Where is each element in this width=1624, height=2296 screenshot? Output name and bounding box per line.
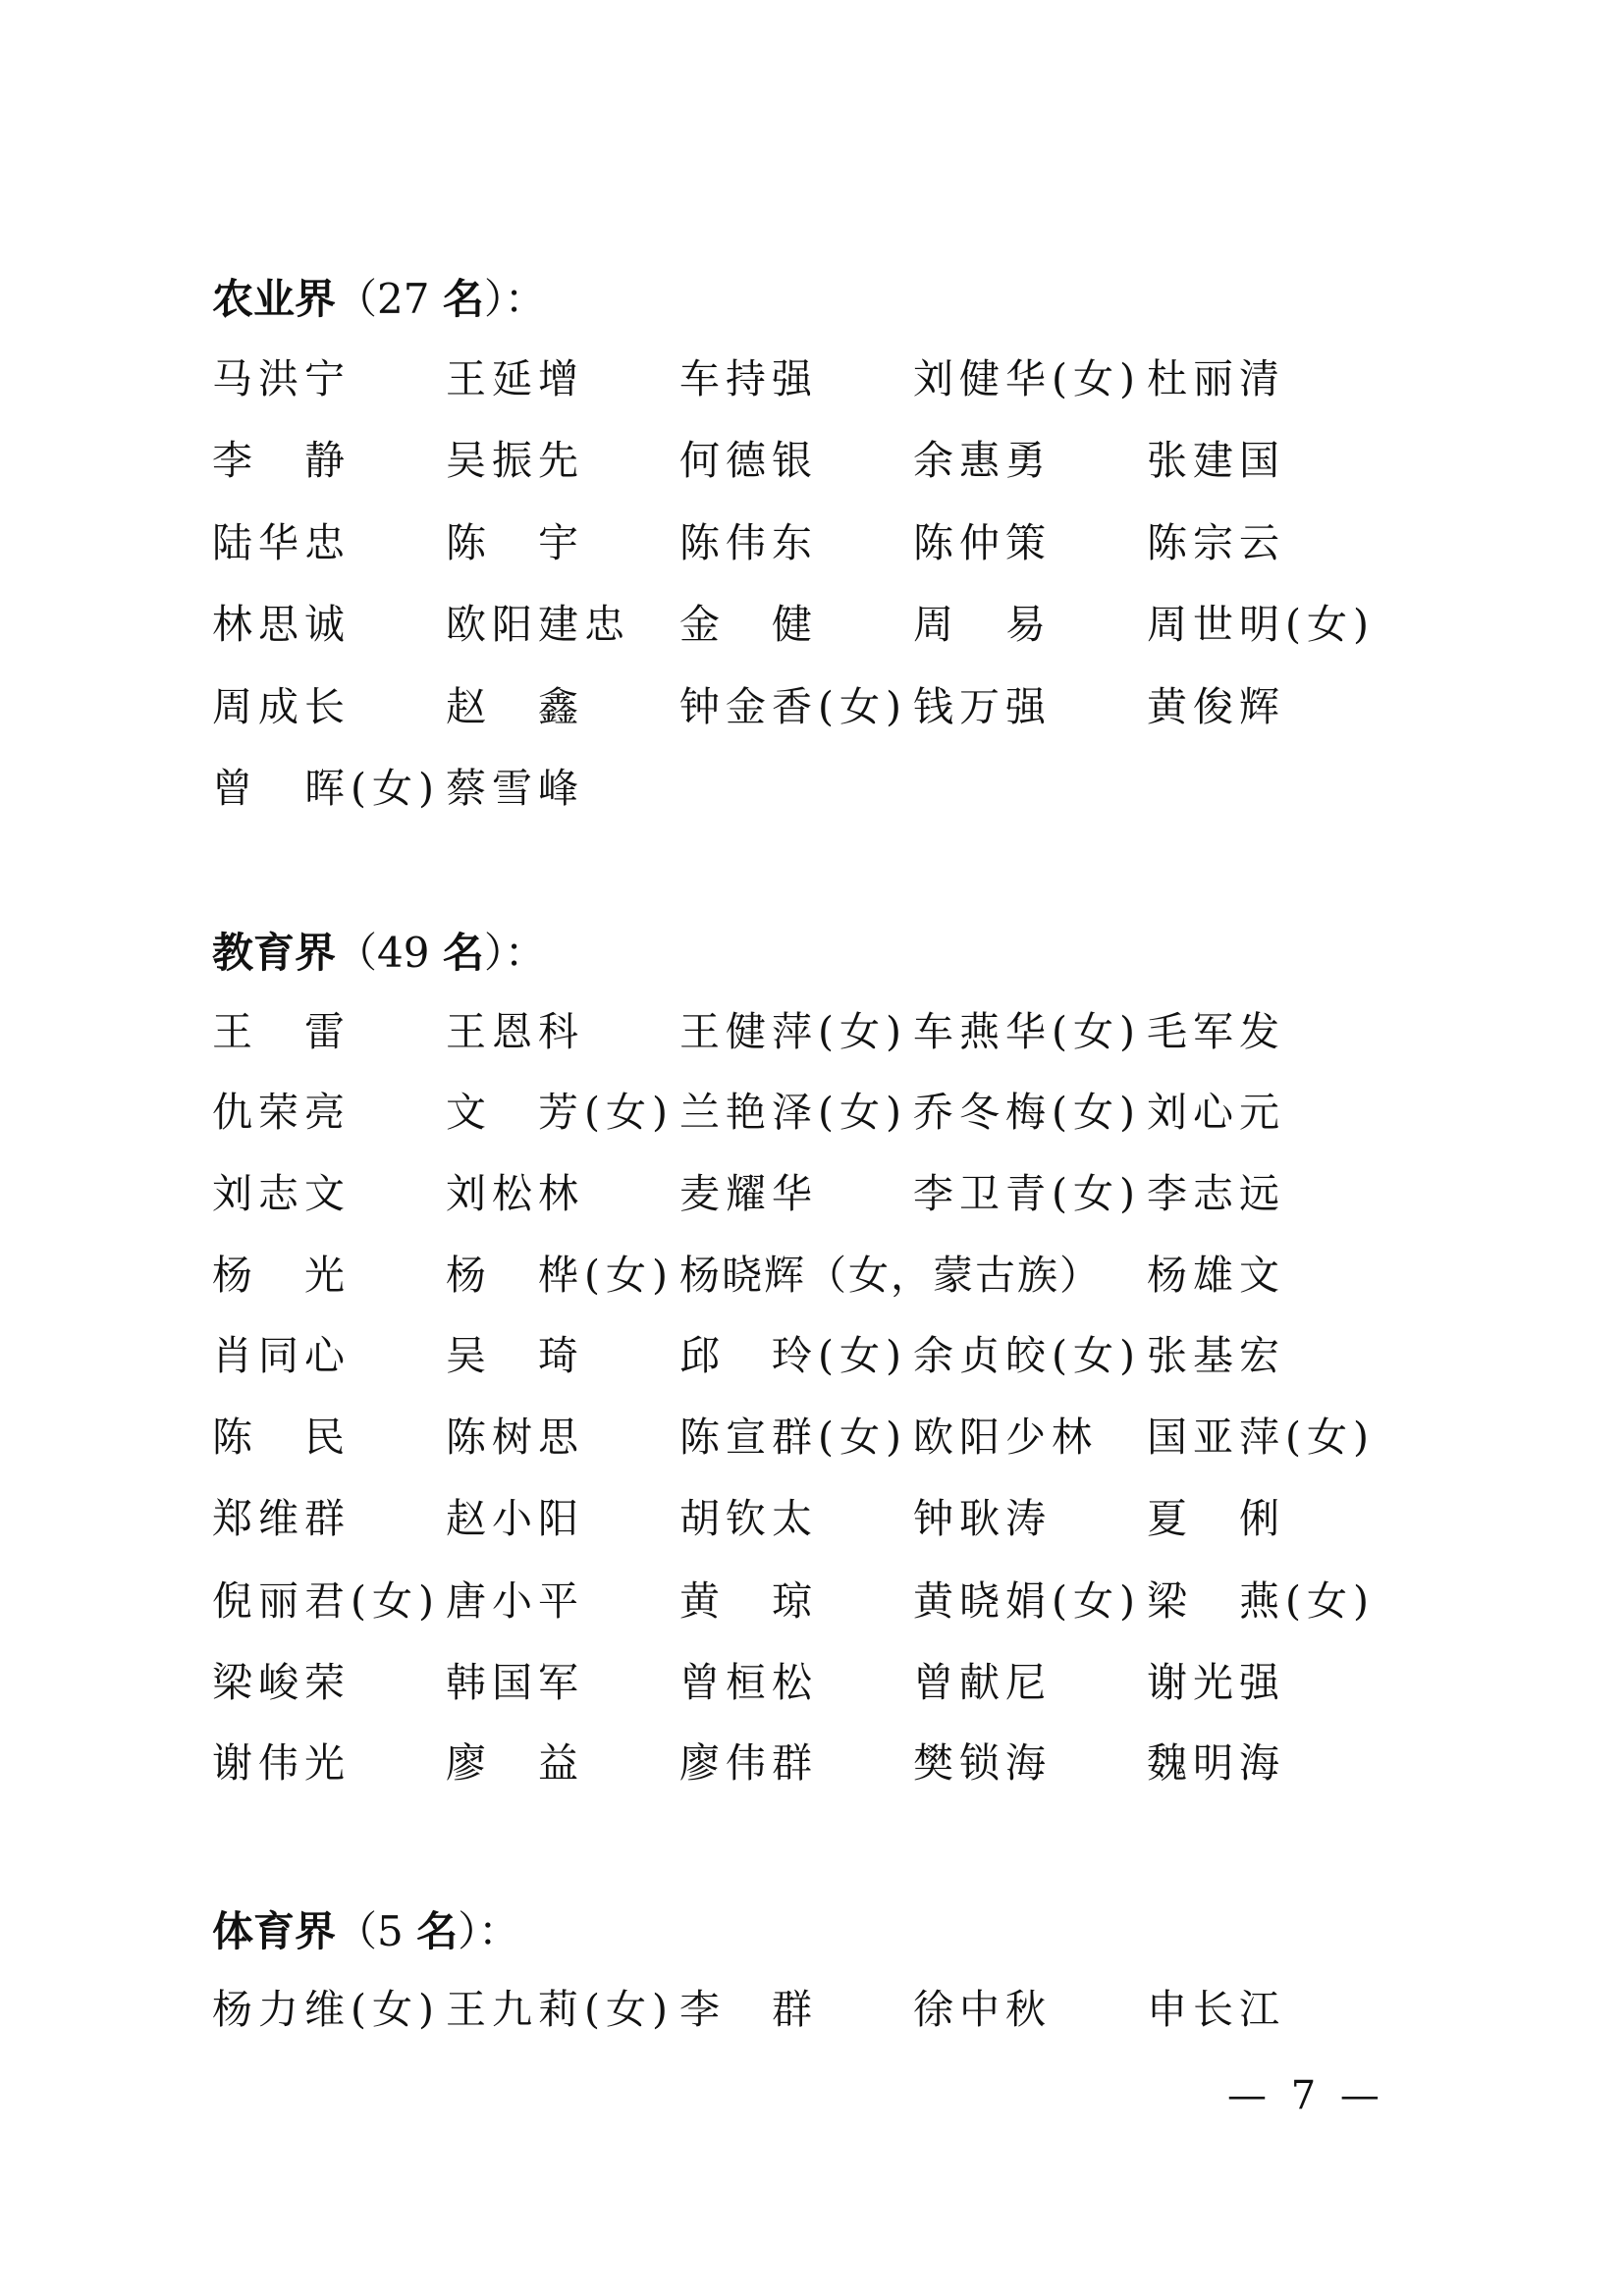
- name: 李志远: [1147, 1174, 1285, 1214]
- name: 周成长: [212, 687, 351, 727]
- name: 李 群: [679, 1990, 818, 2030]
- name: 夏 俐: [1147, 1499, 1285, 1539]
- name-row: 梁峻荣 韩国军 曾桓松 曾献尼 谢光强: [212, 1663, 1489, 1712]
- name-row: 陈 民 陈树思 陈宣群(女) 欧阳少林 国亚萍(女): [212, 1417, 1489, 1467]
- name: 陈仲策: [913, 523, 1052, 563]
- section-count-close: ）：: [458, 1907, 519, 1955]
- name: 张建国: [1147, 441, 1285, 481]
- name: 陈宣群(女): [679, 1417, 907, 1458]
- name: 刘松林: [446, 1174, 584, 1214]
- name-row: 仇荣亮 文 芳(女) 兰艳泽(女) 乔冬梅(女) 刘心元: [212, 1093, 1489, 1142]
- name: 陈树思: [446, 1417, 584, 1458]
- name: 廖 益: [446, 1743, 584, 1784]
- page-number: — 7 —: [1227, 2073, 1385, 2118]
- section-heading-education: 教育界（49 名）：: [212, 933, 546, 974]
- name: 刘心元: [1147, 1093, 1285, 1133]
- name-row: 陆华忠 陈 宇 陈伟东 陈仲策 陈宗云: [212, 523, 1489, 572]
- section-count-unit: 名: [443, 275, 484, 323]
- name: 廖伟群: [679, 1743, 818, 1784]
- name: 申长江: [1147, 1990, 1285, 2030]
- name: 郑维群: [212, 1499, 351, 1539]
- name: 杜丽清: [1147, 359, 1285, 400]
- section-count-unit: 名: [416, 1907, 458, 1955]
- name: 周 易: [913, 605, 1052, 645]
- name: 乔冬梅(女): [913, 1093, 1141, 1133]
- name: 梁峻荣: [212, 1663, 351, 1703]
- name: 余贞皎(女): [913, 1336, 1141, 1376]
- name-row: 李 静 吴振先 何德银 余惠勇 张建国: [212, 441, 1489, 490]
- section-count-close: ）：: [484, 275, 546, 323]
- name: 欧阳少林: [913, 1417, 1098, 1458]
- name: 余惠勇: [913, 441, 1052, 481]
- name: 曾献尼: [913, 1663, 1052, 1703]
- name: 胡钦太: [679, 1499, 818, 1539]
- name-row: 马洪宁 王延增 车持强 刘健华(女) 杜丽清: [212, 359, 1489, 408]
- name: 倪丽君(女): [212, 1581, 440, 1622]
- name: 蔡雪峰: [446, 769, 584, 809]
- name: 陈伟东: [679, 523, 818, 563]
- name: 陆华忠: [212, 523, 351, 563]
- section-count-unit: 名: [443, 929, 484, 977]
- name: 杨力维(女): [212, 1990, 440, 2030]
- name: 赵小阳: [446, 1499, 584, 1539]
- name-row: 王 雷 王恩科 王健萍(女) 车燕华(女) 毛军发: [212, 1012, 1489, 1061]
- name: 王延增: [446, 359, 584, 400]
- name: 魏明海: [1147, 1743, 1285, 1784]
- name: 肖同心: [212, 1336, 351, 1376]
- name: 毛军发: [1147, 1012, 1285, 1052]
- name: 杨雄文: [1147, 1255, 1285, 1296]
- name: 黄俊辉: [1147, 687, 1285, 727]
- name: 黄 琼: [679, 1581, 818, 1622]
- name: 何德银: [679, 441, 818, 481]
- name-row: 谢伟光 廖 益 廖伟群 樊锁海 魏明海: [212, 1743, 1489, 1792]
- name: 李卫青(女): [913, 1174, 1141, 1214]
- name: 国亚萍(女): [1147, 1417, 1375, 1458]
- name: 徐中秋: [913, 1990, 1052, 2030]
- name: 唐小平: [446, 1581, 584, 1622]
- name: 吴 琦: [446, 1336, 584, 1376]
- name: 王 雷: [212, 1012, 351, 1052]
- section-title: 体育界: [212, 1907, 336, 1955]
- name: 刘健华(女): [913, 359, 1141, 400]
- name: 吴振先: [446, 441, 584, 481]
- name: 兰艳泽(女): [679, 1093, 907, 1133]
- name: 王健萍(女): [679, 1012, 907, 1052]
- name: 韩国军: [446, 1663, 584, 1703]
- name: 黄晓娟(女): [913, 1581, 1141, 1622]
- name: 陈 民: [212, 1417, 351, 1458]
- name: 王九莉(女): [446, 1990, 674, 2030]
- name: 杨晓辉（女，蒙古族）: [679, 1255, 1102, 1296]
- name: 马洪宁: [212, 359, 351, 400]
- section-count-open: （49: [336, 929, 443, 977]
- section-count-close: ）：: [484, 929, 546, 977]
- name: 车持强: [679, 359, 818, 400]
- name-row: 林思诚 欧阳建忠 金 健 周 易 周世明(女): [212, 605, 1489, 654]
- name: 钟金香(女): [679, 687, 907, 727]
- name-row: 杨力维(女) 王九莉(女) 李 群 徐中秋 申长江: [212, 1990, 1489, 2039]
- name: 邱 玲(女): [679, 1336, 907, 1376]
- name: 谢光强: [1147, 1663, 1285, 1703]
- section-heading-agriculture: 农业界（27 名）：: [212, 279, 546, 320]
- name: 陈宗云: [1147, 523, 1285, 563]
- section-count-open: （27: [336, 275, 443, 323]
- name: 陈 宇: [446, 523, 584, 563]
- name: 谢伟光: [212, 1743, 351, 1784]
- name: 梁 燕(女): [1147, 1581, 1375, 1622]
- name: 曾 晖(女): [212, 769, 440, 809]
- name-row: 倪丽君(女) 唐小平 黄 琼 黄晓娟(女) 梁 燕(女): [212, 1581, 1489, 1630]
- section-heading-sports: 体育界（5 名）：: [212, 1911, 519, 1952]
- name-row: 杨 光 杨 桦(女) 杨晓辉（女，蒙古族） 杨雄文: [212, 1255, 1489, 1305]
- name: 李 静: [212, 441, 351, 481]
- name-row: 曾 晖(女) 蔡雪峰: [212, 769, 1489, 818]
- section-title: 农业界: [212, 275, 336, 323]
- name: 车燕华(女): [913, 1012, 1141, 1052]
- name: 杨 桦(女): [446, 1255, 674, 1296]
- name: 刘志文: [212, 1174, 351, 1214]
- section-title: 教育界: [212, 929, 336, 977]
- name-row: 郑维群 赵小阳 胡钦太 钟耿涛 夏 俐: [212, 1499, 1489, 1548]
- name: 王恩科: [446, 1012, 584, 1052]
- name-row: 周成长 赵 鑫 钟金香(女) 钱万强 黄俊辉: [212, 687, 1489, 736]
- name: 林思诚: [212, 605, 351, 645]
- name: 樊锁海: [913, 1743, 1052, 1784]
- name: 张基宏: [1147, 1336, 1285, 1376]
- name: 仇荣亮: [212, 1093, 351, 1133]
- name-row: 肖同心 吴 琦 邱 玲(女) 余贞皎(女) 张基宏: [212, 1336, 1489, 1385]
- name: 周世明(女): [1147, 605, 1375, 645]
- section-count-open: （5: [336, 1907, 416, 1955]
- name-row: 刘志文 刘松林 麦耀华 李卫青(女) 李志远: [212, 1174, 1489, 1223]
- name: 赵 鑫: [446, 687, 584, 727]
- name: 麦耀华: [679, 1174, 818, 1214]
- name: 金 健: [679, 605, 818, 645]
- name: 钟耿涛: [913, 1499, 1052, 1539]
- name: 杨 光: [212, 1255, 351, 1296]
- name: 曾桓松: [679, 1663, 818, 1703]
- name: 文 芳(女): [446, 1093, 674, 1133]
- name: 钱万强: [913, 687, 1052, 727]
- name: 欧阳建忠: [446, 605, 630, 645]
